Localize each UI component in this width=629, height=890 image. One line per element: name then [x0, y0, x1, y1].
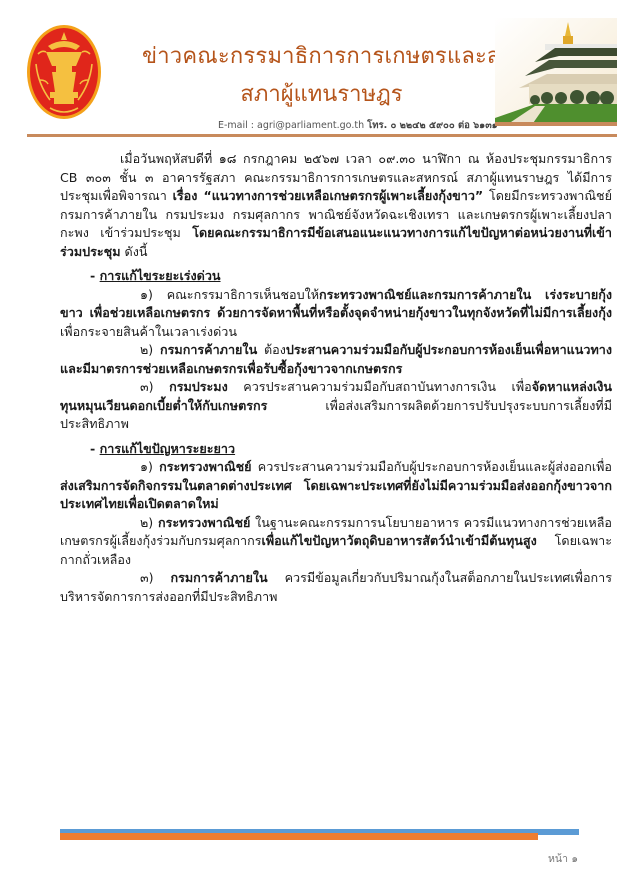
urgent-item-1: ๑) คณะกรรมาธิการเห็นชอบให้กระทรวงพาณิชย์…	[60, 286, 612, 342]
parliament-building-image	[495, 18, 617, 126]
section-heading-urgent: - การแก้ไขระยะเร่งด่วน	[60, 267, 612, 286]
urgent-item-3: ๓) กรมประมง ควรประสานความร่วมมือกับสถาบั…	[60, 378, 612, 434]
contact-email[interactable]: E-mail : agri@parliament.go.th	[218, 120, 364, 131]
document-body: เมื่อวันพฤหัสบดีที่ ๑๘ กรกฎาคม ๒๕๖๗ เวลา…	[60, 150, 612, 606]
urgent-item-2: ๒) กรมการค้าภายใน ต้องประสานความร่วมมือก…	[60, 341, 612, 378]
contact-phone: โทร. ๐ ๒๒๔๒ ๕๙๐๐ ต่อ ๖๑๓๑	[367, 120, 498, 131]
page-number: หน้า ๑	[548, 850, 578, 867]
footer-orange-bar	[60, 833, 538, 840]
meeting-topic: เรื่อง “แนวทางการช่วยเหลือเกษตรกรผู้เพาะ…	[173, 188, 484, 203]
long-term-item-1: ๑) กระทรวงพาณิชย์ ควรประสานความร่วมมือกั…	[60, 458, 612, 514]
long-term-item-2: ๒) กระทรวงพาณิชย์ ในฐานะคณะกรรมการนโยบาย…	[60, 514, 612, 570]
header-contact: E-mail : agri@parliament.go.th โทร. ๐ ๒๒…	[218, 118, 498, 133]
header-divider	[27, 134, 617, 137]
section-heading-long-term: - การแก้ไขปัญหาระยะยาว	[60, 440, 612, 459]
intro-paragraph: เมื่อวันพฤหัสบดีที่ ๑๘ กรกฎาคม ๒๕๖๗ เวลา…	[60, 150, 612, 261]
long-term-item-3: ๓) กรมการค้าภายใน ควรมีข้อมูลเกี่ยวกับปร…	[60, 569, 612, 606]
